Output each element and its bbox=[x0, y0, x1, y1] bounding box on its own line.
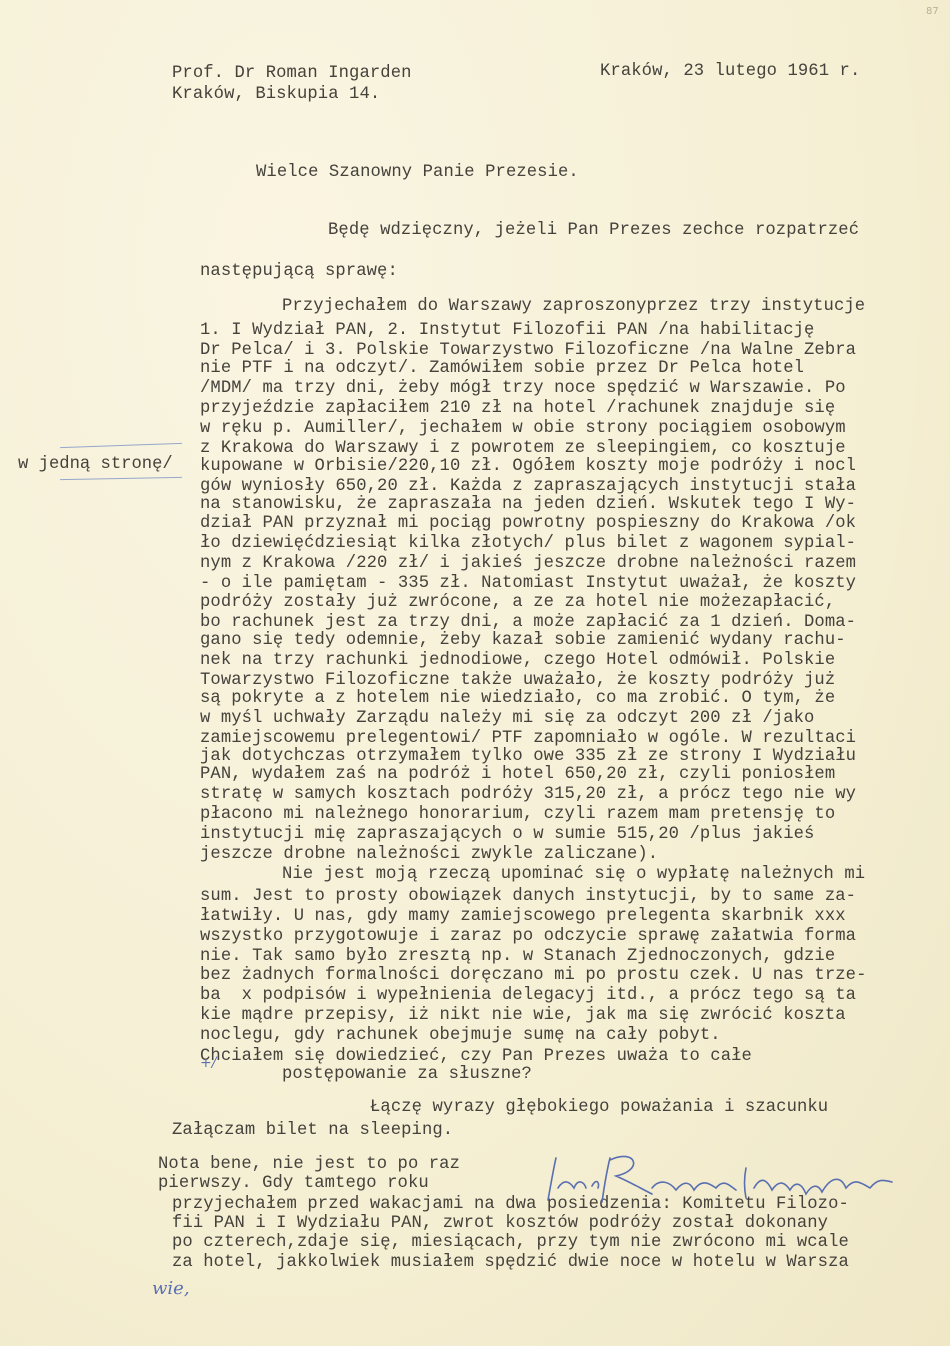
handwritten-signature bbox=[540, 1148, 900, 1208]
page-number: 87 bbox=[926, 6, 939, 17]
body-line: nek na trzy rachunki jednodiowe, czego H… bbox=[200, 651, 835, 671]
body-line: w myśl uchwały Zarządu należy mi się za … bbox=[200, 709, 814, 729]
body-line: jeszcze drobne należności zwykle zalicza… bbox=[200, 845, 658, 865]
body-line: dział PAN przyznał mi pociąg powrotny po… bbox=[200, 514, 856, 534]
place-date: Kraków, 23 lutego 1961 r. bbox=[600, 62, 860, 82]
body-line: podróży zostały już zwrócone, a ze za ho… bbox=[200, 593, 835, 613]
sender-name: Prof. Dr Roman Ingarden bbox=[172, 64, 412, 84]
postscript-line: pierwszy. Gdy tamtego roku bbox=[158, 1174, 429, 1194]
body-line: Chciałem się dowiedzieć, czy Pan Prezes … bbox=[200, 1047, 752, 1067]
closing: Łączę wyrazy głębokiego poważania i szac… bbox=[370, 1098, 828, 1118]
handwritten-continuation: wie, bbox=[152, 1278, 190, 1299]
body-line: przyjeździe zapłaciłem 210 zł na hotel /… bbox=[200, 399, 835, 419]
body-line: Towarzystwo Filozoficzne także uważało, … bbox=[200, 671, 835, 691]
body-line: płacono mi należnego honorarium, czyli r… bbox=[200, 805, 835, 825]
body-line: gano się tedy odemnie, żeby kazał sobie … bbox=[200, 631, 846, 651]
body-line: 1. I Wydział PAN, 2. Instytut Filozofii … bbox=[200, 321, 814, 341]
body-line: łatwiły. U nas, gdy mamy zamiejscowego p… bbox=[200, 907, 846, 927]
enclosure-note: Załączam bilet na sleeping. bbox=[172, 1121, 453, 1141]
body-line: z Krakowa do Warszawy i z powrotem ze sl… bbox=[200, 439, 846, 459]
body-line: nie PTF i na odczyt/. Zamówiłem sobie pr… bbox=[200, 359, 804, 379]
body-line: Przyjechałem do Warszawy zaproszonyprzez… bbox=[282, 297, 865, 317]
body-line: instytucji mię zapraszających o w sumie … bbox=[200, 825, 814, 845]
postscript-line: fii PAN i I Wydziału PAN, zwrot kosztów … bbox=[172, 1214, 828, 1234]
body-line: nym z Krakowa /220 zł/ i jakieś jeszcze … bbox=[200, 554, 856, 574]
body-line: /MDM/ ma trzy dni, żeby mógł trzy noce s… bbox=[200, 379, 846, 399]
body-line: na stanowisku, że zapraszała na jeden dz… bbox=[200, 495, 856, 515]
body-line: - o ile pamiętam - 335 zł. Natomiast Ins… bbox=[200, 574, 856, 594]
postscript-line: Nota bene, nie jest to po raz bbox=[158, 1155, 460, 1175]
body-line: Dr Pelca/ i 3. Polskie Towarzystwo Filoz… bbox=[200, 341, 856, 361]
body-line: nie. Tak samo było zresztą np. w Stanach… bbox=[200, 947, 835, 967]
body-line: sum. Jest to prosty obowiązek danych ins… bbox=[200, 887, 856, 907]
letter-page: 87 Prof. Dr Roman Ingarden Kraków, Bisku… bbox=[0, 0, 950, 1346]
body-line: Nie jest moją rzeczą upominać się o wypł… bbox=[282, 865, 865, 885]
sender-address: Kraków, Biskupia 14. bbox=[172, 85, 380, 105]
body-line: stratę w samych kosztach podróży 315,20 … bbox=[200, 785, 856, 805]
body-line: zamiejscowemu prelegentowi/ PTF zapomnia… bbox=[200, 729, 856, 749]
body-line: bo rachunek jest za trzy dni, a może zap… bbox=[200, 613, 856, 633]
body-line: następującą sprawę: bbox=[200, 262, 398, 282]
body-line: są pokryte a z hotelem nie wiedziało, co… bbox=[200, 689, 835, 709]
pen-arrow-line bbox=[60, 443, 182, 448]
body-line: kupowane w Orbisie/220,10 zł. Ogółem kos… bbox=[200, 457, 856, 477]
body-line: kie mądre przepisy, iż nikt nie wie, jak… bbox=[200, 1006, 846, 1026]
body-line: ba x podpisów i wypełnienia delegacyj it… bbox=[200, 986, 856, 1006]
body-line: w ręku p. Aumiller/, jechałem w obie str… bbox=[200, 419, 846, 439]
postscript-line: za hotel, jakkolwiek musiałem spędzić dw… bbox=[172, 1253, 849, 1273]
body-line: jak dotychczas otrzymałem tylko owe 335 … bbox=[200, 747, 856, 767]
body-line: ło dziewięćdziesiąt kilka złotych/ plus … bbox=[200, 534, 856, 554]
body-line: PAN, wydałem zaś na podróż i hotel 650,2… bbox=[200, 765, 835, 785]
insert-mark: +/ bbox=[200, 1055, 216, 1071]
body-line: Będę wdzięczny, jeżeli Pan Prezes zechce… bbox=[328, 221, 859, 241]
body-line: postępowanie za słuszne? bbox=[282, 1065, 532, 1085]
body-line: noclegu, gdy rachunek obejmuje sumę na c… bbox=[200, 1026, 721, 1046]
body-line: wszystko przygotowuje i zaraz po odczyci… bbox=[200, 927, 856, 947]
body-line: gów wyniosły 650,20 zł. Każda z zaprasza… bbox=[200, 477, 856, 497]
body-line: bez żadnych formalności doręczano mi po … bbox=[200, 966, 867, 986]
pen-arrow-line bbox=[60, 477, 182, 480]
salutation: Wielce Szanowny Panie Prezesie. bbox=[256, 163, 579, 183]
margin-note: w jedną stronę/ bbox=[18, 455, 173, 475]
postscript-line: po czterech,zdaje się, miesiącach, przy … bbox=[172, 1233, 849, 1253]
